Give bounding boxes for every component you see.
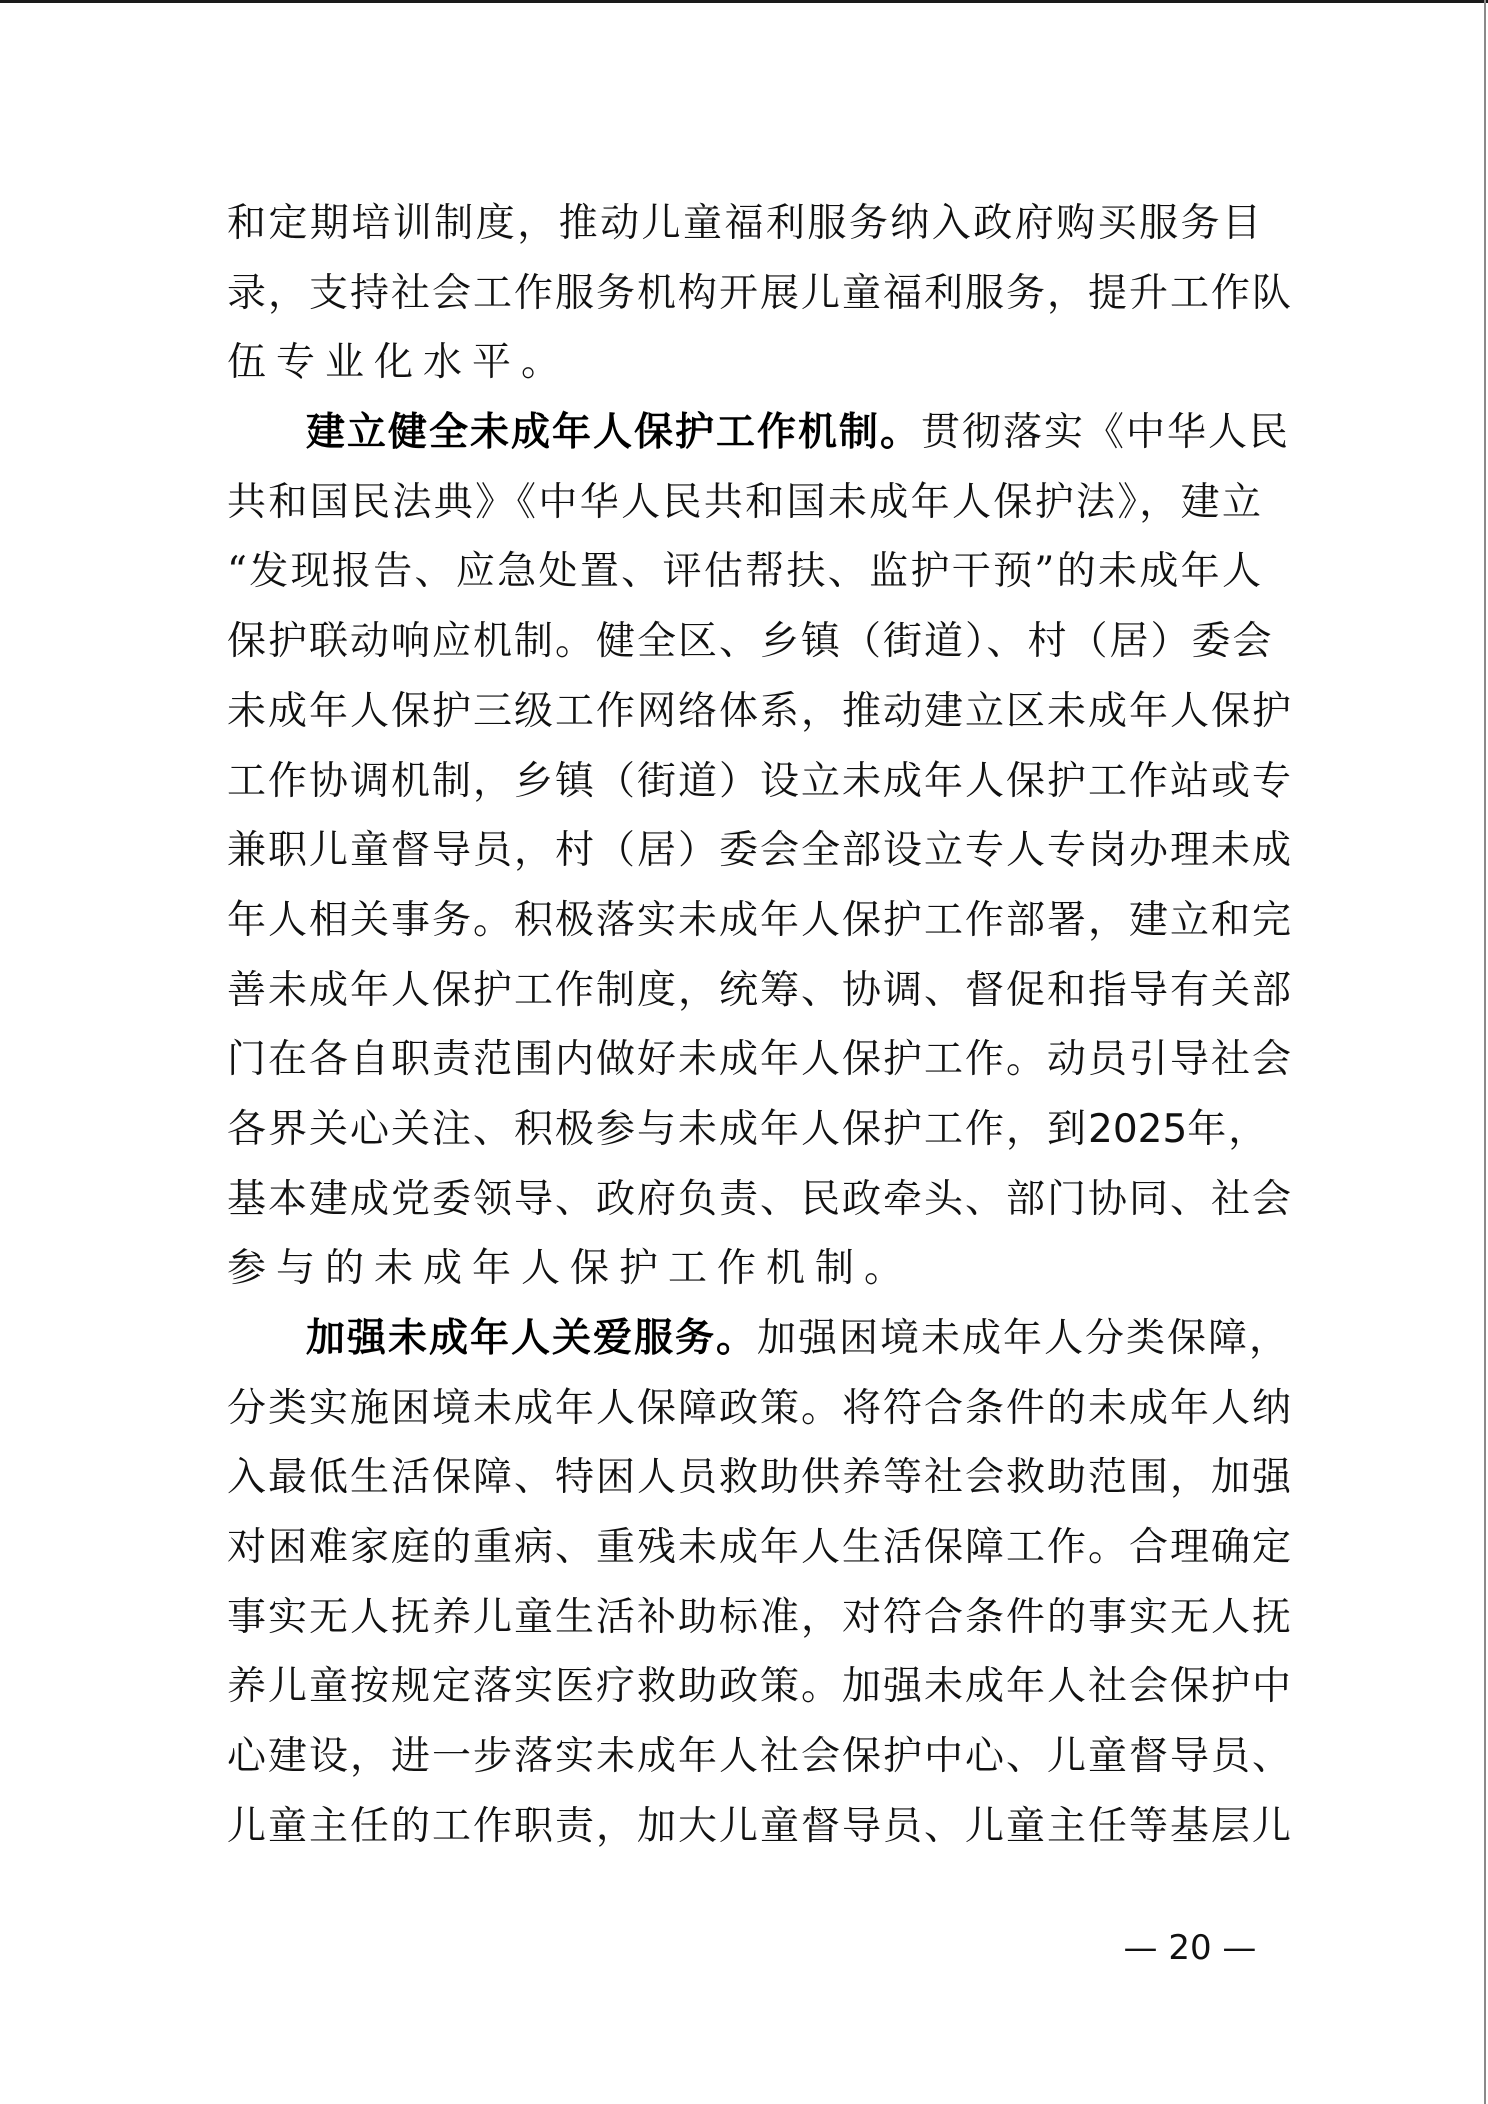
- text-line: 工作协调机制，乡镇（街道）设立未成年人保护工作站或专: [227, 747, 1263, 817]
- paragraph-heading: 建立健全未成年人保护工作机制。: [306, 410, 921, 455]
- document-page: 和定期培训制度，推动儿童福利服务纳入政府购买服务目 录，支持社会工作服务机构开展…: [0, 0, 1486, 2104]
- text-run: 加强困境未成年人分类保障，: [757, 1316, 1290, 1361]
- year-number: 2025: [1088, 1107, 1187, 1152]
- text-run: 贯彻落实《中华人民: [921, 410, 1290, 455]
- page-right-border: [1484, 0, 1486, 2104]
- text-run: 各界关心关注、积极参与未成年人保护工作，到: [227, 1107, 1088, 1152]
- text-line: 年人相关事务。积极落实未成年人保护工作部署，建立和完: [227, 886, 1263, 956]
- text-line: 录，支持社会工作服务机构开展儿童福利服务，提升工作队: [227, 259, 1263, 329]
- text-line: 各界关心关注、积极参与未成年人保护工作，到2025年，: [227, 1095, 1263, 1165]
- text-line: 兼职儿童督导员，村（居）委会全部设立专人专岗办理未成: [227, 816, 1263, 886]
- text-line: 儿童主任的工作职责，加大儿童督导员、儿童主任等基层儿: [227, 1792, 1263, 1862]
- paragraph-minor-care-services: 加强未成年人关爱服务。加强困境未成年人分类保障， 分类实施困境未成年人保障政策。…: [227, 1304, 1263, 1862]
- paragraph-child-welfare-workforce: 和定期培训制度，推动儿童福利服务纳入政府购买服务目 录，支持社会工作服务机构开展…: [227, 189, 1263, 398]
- text-line: 伍专业化水平。: [227, 328, 1263, 398]
- paragraph-minor-protection-mechanism: 建立健全未成年人保护工作机制。贯彻落实《中华人民 共和国民法典》《中华人民共和国…: [227, 398, 1263, 1304]
- text-line: 善未成年人保护工作制度，统筹、协调、督促和指导有关部: [227, 956, 1263, 1026]
- text-line: “发现报告、应急处置、评估帮扶、监护干预”的未成年人: [227, 537, 1263, 607]
- text-line: 分类实施困境未成年人保障政策。将符合条件的未成年人纳: [227, 1374, 1263, 1444]
- text-line: 入最低生活保障、特困人员救助供养等社会救助范围，加强: [227, 1443, 1263, 1513]
- text-line: 门在各自职责范围内做好未成年人保护工作。动员引导社会: [227, 1025, 1263, 1095]
- text-line: 加强未成年人关爱服务。加强困境未成年人分类保障，: [227, 1304, 1263, 1374]
- text-line: 未成年人保护三级工作网络体系，推动建立区未成年人保护: [227, 677, 1263, 747]
- body-text: 和定期培训制度，推动儿童福利服务纳入政府购买服务目 录，支持社会工作服务机构开展…: [227, 189, 1263, 1862]
- page-number: — 20 —: [1118, 1924, 1262, 1972]
- text-line: 和定期培训制度，推动儿童福利服务纳入政府购买服务目: [227, 189, 1263, 259]
- text-line: 基本建成党委领导、政府负责、民政牵头、部门协同、社会: [227, 1165, 1263, 1235]
- text-line: 共和国民法典》《中华人民共和国未成年人保护法》，建立: [227, 468, 1263, 538]
- text-line: 参与的未成年人保护工作机制。: [227, 1234, 1263, 1304]
- text-run: 年，: [1187, 1107, 1269, 1152]
- page-top-border: [0, 0, 1488, 3]
- paragraph-heading: 加强未成年人关爱服务。: [306, 1316, 757, 1361]
- text-line: 建立健全未成年人保护工作机制。贯彻落实《中华人民: [227, 398, 1263, 468]
- text-line: 养儿童按规定落实医疗救助政策。加强未成年人社会保护中: [227, 1652, 1263, 1722]
- text-line: 保护联动响应机制。健全区、乡镇（街道）、村（居）委会: [227, 607, 1263, 677]
- text-line: 事实无人抚养儿童生活补助标准，对符合条件的事实无人抚: [227, 1583, 1263, 1653]
- text-line: 对困难家庭的重病、重残未成年人生活保障工作。合理确定: [227, 1513, 1263, 1583]
- text-line: 心建设，进一步落实未成年人社会保护中心、儿童督导员、: [227, 1722, 1263, 1792]
